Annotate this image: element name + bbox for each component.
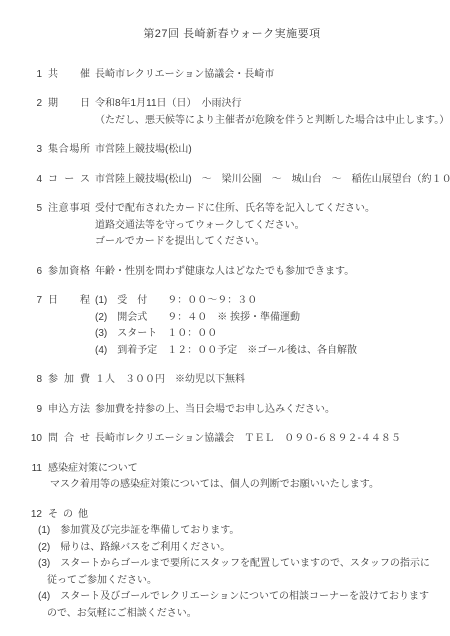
- schedule-item-opening: (2) 開会式 ９：４０ ※ 挨拶・準備運動: [95, 310, 434, 327]
- schedule-item-reception: (1) 受 付 ９：００～９：３０: [95, 293, 434, 310]
- section-application: 9 申込方法 参加費を持参の上、当日会場でお申し込みください。: [30, 402, 434, 419]
- section-label: コース: [48, 172, 90, 189]
- section-body: 市営陸上競技場(松山) ～ 梁川公園 ～ 城山台 ～ 稲佐山展望台（約１０ｋｍ）: [95, 172, 434, 189]
- section-label: 参加資格: [48, 264, 90, 281]
- section-infection-measures: 11 感染症対策について マスク着用等の感染症対策については、個人の判断でお願い…: [30, 461, 434, 494]
- section-fee: 8 参加費 １人 ３００円 ※幼児以下無料: [30, 372, 434, 389]
- section-body: 参加費を持参の上、当日会場でお申し込みください。: [95, 402, 434, 419]
- infection-measures-text: マスク着用等の感染症対策については、個人の判断でお願いいたします。: [50, 477, 434, 494]
- section-other: 12 その他: [30, 507, 434, 524]
- section-number: 1: [30, 67, 42, 84]
- section-body: 年齢・性別を問わず健康な人はどなたでも参加できます。: [95, 264, 434, 281]
- section-body: 長崎市レクリエーション協議会 ＴＥＬ ０９０-６８９２-４４８５: [95, 431, 434, 448]
- section-body: (1) 受 付 ９：００～９：３０ (2) 開会式 ９：４０ ※ 挨拶・準備運動…: [95, 293, 434, 359]
- section-meeting-place: 3 集合場所 市営陸上競技場(松山): [30, 142, 434, 159]
- section-body: １人 ３００円 ※幼児以下無料: [95, 372, 434, 389]
- body-line: 道路交通法等を守ってウォークしてください。: [95, 218, 434, 235]
- body-line: 年齢・性別を問わず健康な人はどなたでも参加できます。: [95, 264, 434, 281]
- section-eligibility: 6 参加資格 年齢・性別を問わず健康な人はどなたでも参加できます。: [30, 264, 434, 281]
- other-item-staff: (3) スタートからゴールまで要所にスタッフを配置していますので、スタッフの指示…: [38, 556, 434, 589]
- section-body: 市営陸上競技場(松山): [95, 142, 434, 159]
- section-course: 4 コース 市営陸上競技場(松山) ～ 梁川公園 ～ 城山台 ～ 稲佐山展望台（…: [30, 172, 434, 189]
- body-line: 受付で配布されたカードに住所、氏名等を記入してください。: [95, 201, 434, 218]
- body-line: ゴールでカードを提出してください。: [95, 234, 434, 251]
- section-label: その他: [48, 507, 93, 524]
- body-line: 令和8年1月11日（日） 小雨決行: [95, 96, 434, 113]
- body-line: １人 ３００円 ※幼児以下無料: [95, 372, 434, 389]
- section-number: 3: [30, 142, 42, 159]
- section-label: 問合せ: [48, 431, 90, 448]
- body-line: （ただし、悪天候等により主催者が危険を伴うと判断した場合は中止します。）: [95, 113, 434, 130]
- infection-measures-title: 感染症対策について: [48, 461, 434, 478]
- section-label: 共催: [48, 67, 90, 84]
- section-body: 感染症対策について マスク着用等の感染症対策については、個人の判断でお願いいたし…: [48, 461, 434, 494]
- section-body: 受付で配布されたカードに住所、氏名等を記入してください。 道路交通法等を守ってウ…: [95, 201, 434, 251]
- section-number: 7: [30, 293, 42, 359]
- section-contact: 10 問合せ 長崎市レクリエーション協議会 ＴＥＬ ０９０-６８９２-４４８５: [30, 431, 434, 448]
- section-number: 12: [30, 507, 42, 524]
- section-label: 注意事項: [48, 201, 90, 251]
- section-number: 5: [30, 201, 42, 251]
- section-number: 10: [30, 431, 42, 448]
- body-line: 市営陸上競技場(松山): [95, 142, 434, 159]
- body-line: 参加費を持参の上、当日会場でお申し込みください。: [95, 402, 434, 419]
- section-label: 日程: [48, 293, 90, 359]
- document-title: 第27回 長崎新春ウォーク実施要項: [30, 26, 434, 43]
- section-date: 2 期日 令和8年1月11日（日） 小雨決行 （ただし、悪天候等により主催者が危…: [30, 96, 434, 129]
- schedule-item-arrival: (4) 到着予定 １２：００予定 ※ゴール後は、各自解散: [95, 343, 434, 360]
- section-label: 参加費: [48, 372, 90, 389]
- contact-phone-line: 長崎市レクリエーション協議会 ＴＥＬ ０９０-６８９２-４４８５: [95, 431, 434, 448]
- section-label: 期日: [48, 96, 90, 129]
- section-number: 4: [30, 172, 42, 189]
- section-number: 8: [30, 372, 42, 389]
- section-number: 2: [30, 96, 42, 129]
- section-organizer: 1 共催 長崎市レクリエーション協議会・長崎市: [30, 67, 434, 84]
- section-body: 令和8年1月11日（日） 小雨決行 （ただし、悪天候等により主催者が危険を伴うと…: [95, 96, 434, 129]
- section-number: 6: [30, 264, 42, 281]
- section-schedule: 7 日程 (1) 受 付 ９：００～９：３０ (2) 開会式 ９：４０ ※ 挨拶…: [30, 293, 434, 359]
- section-number: 11: [30, 461, 42, 494]
- body-line: 市営陸上競技場(松山) ～ 梁川公園 ～ 城山台 ～ 稲佐山展望台（約１０ｋｍ）: [95, 172, 434, 189]
- section-body: 長崎市レクリエーション協議会・長崎市: [95, 67, 434, 84]
- section-label: 集合場所: [48, 142, 90, 159]
- schedule-item-start: (3) スタート １０：００: [95, 326, 434, 343]
- body-line: 長崎市レクリエーション協議会・長崎市: [95, 67, 434, 84]
- other-item-souvenir: (1) 参加賞及び完歩証を準備しております。: [38, 523, 434, 540]
- section-label: 申込方法: [48, 402, 90, 419]
- other-item-consultation: (4) スタート及びゴールでレクリエーションについての相談コーナーを設けておりま…: [38, 589, 434, 622]
- section-notes: 5 注意事項 受付で配布されたカードに住所、氏名等を記入してください。 道路交通…: [30, 201, 434, 251]
- section-number: 9: [30, 402, 42, 419]
- document-page: 第27回 長崎新春ウォーク実施要項 1 共催 長崎市レクリエーション協議会・長崎…: [0, 0, 450, 636]
- other-item-bus: (2) 帰りは、路線バスをご利用ください。: [38, 540, 434, 557]
